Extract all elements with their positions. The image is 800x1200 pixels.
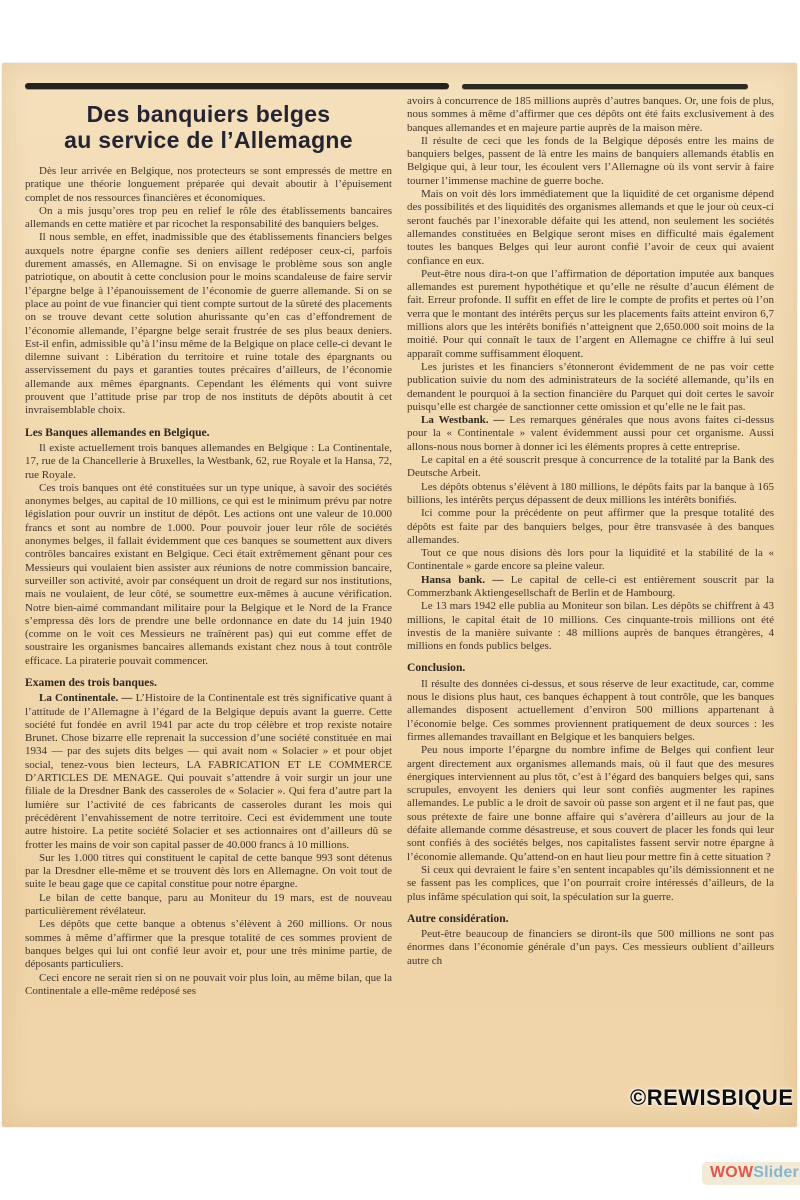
paragraph: Il résulte des données ci-dessus, et sou… [407, 678, 774, 744]
paragraph: Si ceux qui devraient le faire s’en sent… [407, 864, 774, 904]
left-column-body: Dès leur arrivée en Belgique, nos protec… [25, 165, 392, 998]
paragraph: Tout ce que nous disions dès lors pour l… [407, 547, 774, 574]
paragraph: Peut-être nous dira-t-on que l’affirmati… [407, 268, 774, 361]
paragraph: Sur les 1.000 titres qui constituent le … [25, 852, 392, 892]
copyright-watermark: ©REWISBIQUE [630, 1085, 794, 1111]
paragraph: La Westbank. — Les remarques générales q… [407, 414, 774, 454]
article-title-line1: Des banquiers belges [25, 101, 392, 127]
paragraph: Le 13 mars 1942 elle publia au Moniteur … [407, 600, 774, 653]
paragraph: Le capital en a été souscrit presque à c… [407, 454, 774, 481]
wowslider-badge-wow: WOW [710, 1164, 753, 1181]
paragraph: Les dépôts obtenus s’élèvent à 180 milli… [407, 481, 774, 508]
paragraph: Ceci encore ne serait rien si on ne pouv… [25, 972, 392, 999]
paragraph: Peut-être beaucoup de financiers se diro… [407, 928, 774, 968]
wowslider-badge-slider: Slider [753, 1164, 799, 1181]
paragraph: avoirs à concurrence de 185 millions aup… [407, 95, 774, 135]
paragraph: Dès leur arrivée en Belgique, nos protec… [25, 165, 392, 205]
section-heading: Examen des trois banques. [25, 676, 392, 689]
article-title-line2: au service de l’Allemagne [25, 127, 392, 153]
wowslider-badge[interactable]: WOWSlider [702, 1162, 800, 1185]
paragraph-lead: La Continentale. — [39, 692, 136, 704]
top-rule-right-segment [462, 84, 748, 89]
paragraph: Ici comme pour la précédente on peut aff… [407, 507, 774, 547]
paragraph: Il existe actuellement trois banques all… [25, 442, 392, 482]
paragraph-lead: La Westbank. — [421, 414, 509, 426]
section-heading: Conclusion. [407, 661, 774, 674]
article-title: Des banquiers belges au service de l’All… [25, 101, 392, 153]
paragraph: Hansa bank. — Le capital de celle-ci est… [407, 574, 774, 601]
paragraph: Ces trois banques ont été constituées su… [25, 482, 392, 668]
section-heading: Les Banques allemandes en Belgique. [25, 426, 392, 439]
paragraph: La Continentale. — L’Histoire de la Cont… [25, 692, 392, 852]
section-heading: Autre considération. [407, 912, 774, 925]
paragraph: Les juristes et les financiers s’étonner… [407, 361, 774, 414]
paragraph: Le bilan de cette banque, paru au Monite… [25, 892, 392, 919]
right-column-body: avoirs à concurrence de 185 millions aup… [407, 95, 774, 968]
article-left-column: Des banquiers belges au service de l’All… [25, 95, 392, 998]
article-right-column: avoirs à concurrence de 185 millions aup… [407, 95, 774, 968]
paragraph: Peu nous importe l’épargne du nombre inf… [407, 744, 774, 864]
paragraph-lead: Hansa bank. — [421, 574, 511, 586]
paragraph: Mais on voit dès lors immédiatement que … [407, 188, 774, 268]
paragraph: Il nous semble, en effet, inadmissible q… [25, 231, 392, 417]
top-rule-left-segment [25, 83, 449, 89]
paragraph: Il résulte de ceci que les fonds de la B… [407, 135, 774, 188]
scanned-newspaper-page: Des banquiers belges au service de l’All… [2, 63, 797, 1127]
paragraph: Les dépôts que cette banque a obtenus s’… [25, 918, 392, 971]
paragraph: On a mis jusqu’ores trop peu en relief l… [25, 205, 392, 232]
